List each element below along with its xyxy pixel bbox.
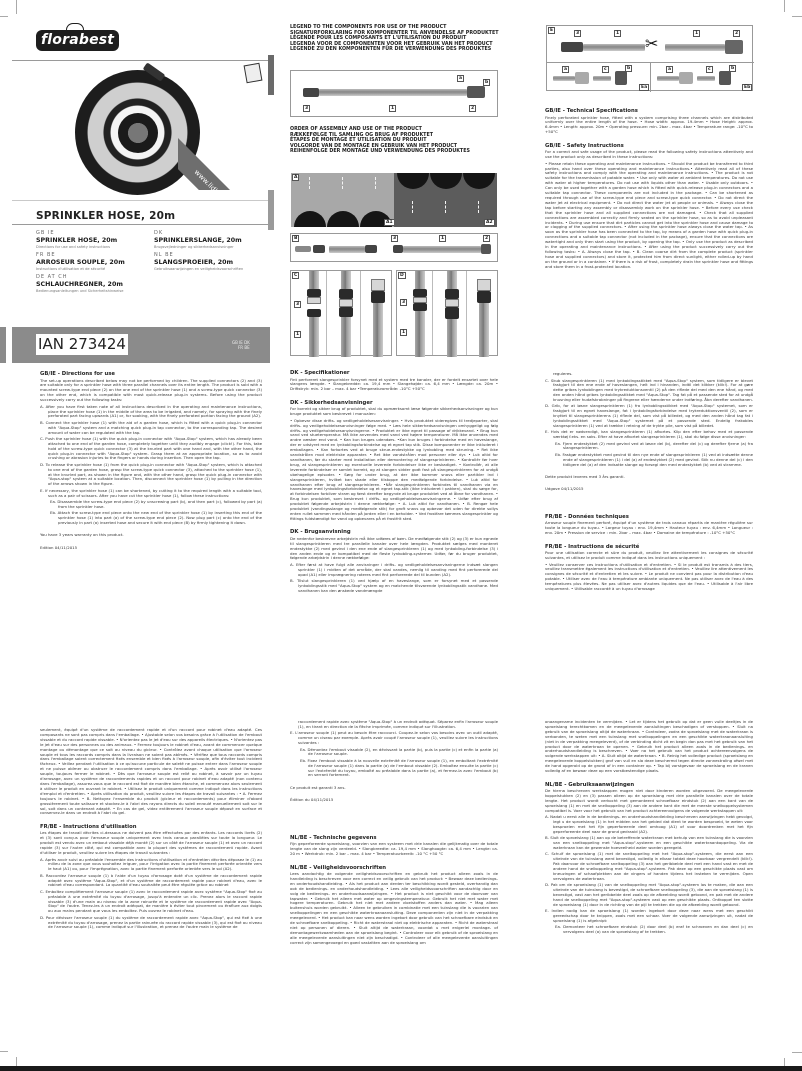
edition-date: Édition du 04/11/2015 [290, 798, 498, 803]
crop-mark [16, 0, 17, 14]
step-a: A. Après avoir suivi au préalable l'ense… [40, 858, 262, 873]
step-ea: Ea. Demonteer het schroefbare eindstuk (… [545, 925, 753, 935]
cover-divider-3 [12, 224, 270, 225]
step-b: B. Sluit de sproeislang (1) aan op de be… [545, 836, 753, 851]
step-e: E. If necessary, the sprinkler hose (1) … [40, 489, 262, 499]
language-entry-de: DE AT CH SCHLAUCHREGNER, 20m Bedienungsa… [36, 274, 154, 293]
label-e: E [548, 27, 555, 34]
hose-right [665, 44, 725, 51]
label-c: c [602, 66, 609, 73]
label-3: 3 [391, 235, 398, 242]
step-c: C. Push the sprinkler hose (1) with the … [40, 437, 262, 462]
section-heading: DK - Specifikationer [290, 370, 498, 377]
step-ea: Ea. Démontez l'embout vissable (2), en d… [290, 748, 498, 758]
label-a: a [457, 75, 464, 82]
label-1: 1 [614, 30, 621, 37]
gb-tech-safety-section: GB/IE - Technical Specifications Finely … [545, 108, 753, 271]
hose-left [583, 44, 645, 51]
flag-badges: NL BE [154, 252, 272, 258]
gb-directions-section: GB/IE - Directions for use The set-up op… [40, 371, 262, 552]
language-entry-fr: FR BE ARROSEUR SOUPLE, 20m Instructions … [36, 252, 154, 271]
sprinkler-hose-1 [403, 246, 481, 253]
warranty-note: Dette produkt leveres med 3 års garanti. [545, 475, 753, 480]
step-b: B. Tilslut slangesprinkleren (1) ved hjæ… [290, 579, 498, 594]
step-d: D. Grib, for at løsne slangesprinkleren … [545, 404, 753, 429]
label-b: b [483, 79, 490, 86]
label-c: C [292, 272, 299, 279]
step-b: B. Raccordez l'arroseur souple (1) à l'a… [40, 874, 262, 889]
label-1: 1 [400, 329, 407, 336]
quick-connector-3 [561, 42, 583, 52]
flag-badges: FR BE [36, 252, 154, 258]
end-piece-2 [481, 244, 491, 254]
warranty-note: Ce produit est garanti 3 ans. [290, 786, 498, 791]
label-ea: Ea [639, 84, 649, 91]
label-2: 2 [469, 105, 476, 112]
dk-section: DK - Specifikationer Fint perforeret sla… [290, 370, 498, 595]
legend-figure: 3 1 2 a b [290, 70, 498, 117]
label-d: D [398, 272, 406, 279]
label-2: 2 [733, 30, 740, 37]
label-1: 1 [693, 30, 700, 37]
product-title: SPRINKLER HOSE, 20m [36, 210, 175, 222]
order-headings: ORDER OF ASSEMBLY AND USE OF THE PRODUCT… [290, 127, 470, 155]
step-a: A. Efter først at have fulgt alle anvisn… [290, 563, 498, 578]
flag-badges: DE AT CH [36, 274, 154, 280]
manual-download-icon [244, 63, 263, 84]
label-2: 2 [483, 235, 490, 242]
step-e: E. L'arroseur souple (1) peut au besoin … [290, 731, 498, 746]
figure-a1-spraying: A A1 [291, 173, 394, 227]
scissors-icon: ✂ [645, 34, 658, 53]
step-d: D. Pour dévisser l'arroseur souple (1) d… [40, 916, 262, 931]
flag-badges: GB IE [36, 230, 154, 236]
label-3: 3 [400, 299, 407, 306]
aqua-stop-connector [365, 245, 377, 253]
crop-mark [0, 1051, 8, 1052]
language-entry-gb: GB IE SPRINKLER HOSE, 20m Directions for… [36, 230, 154, 249]
step-eb: Eb. Fixez l'embout vissable à la nouvell… [290, 759, 498, 779]
cover-divider-2 [12, 200, 270, 201]
language-entry-nl: NL BE SLANGSPROEIER, 20m Gebruiksaanwijz… [154, 252, 272, 271]
step-c: C. Emboîtez complètement l'arroseur soup… [40, 890, 262, 915]
section-heading: GB/IE - Technical Specifications [545, 108, 753, 115]
ian-flag-badges: GB IE DK FR BE [232, 340, 250, 350]
label-3: 3 [294, 301, 301, 308]
leaf-icon [66, 23, 84, 30]
edition-date: Udgave 04/11/2015 [545, 487, 753, 492]
page-bottom-edge [0, 1066, 802, 1071]
figure-b-connect: B 3 1 2 [290, 233, 498, 262]
language-entry-dk: DK SPRINKLERSLANGE, 20m Brugsvejledninge… [154, 230, 272, 249]
label-b: B [292, 235, 299, 242]
label-3: 3 [303, 105, 310, 112]
label-3: 3 [574, 30, 581, 37]
garden-hose [329, 246, 365, 253]
edition-date: Edition 04/11/2015 [40, 546, 262, 551]
fr-safety-continued: seulement, équipé d'un système de raccor… [40, 728, 262, 932]
website-link[interactable]: www.lidl-service.com [178, 108, 270, 190]
nl-section-continued: onaangename incidenten te vermijden. • L… [545, 720, 753, 936]
label-a: a [562, 66, 569, 73]
dk-usage-continued: reguleres. C. Skub slangesprinkleren (1)… [545, 372, 753, 594]
fr-usage-continued: raccordement rapide avec système "Aqua-S… [290, 720, 498, 947]
crop-mark [0, 16, 8, 17]
step-d: D. To release the sprinkler hose (1) fro… [40, 463, 262, 488]
section-heading: DK - Brugsanvisning [290, 529, 498, 536]
step-a: A. After you have first taken note of al… [40, 405, 262, 420]
tap-icon [295, 246, 311, 252]
step-c: C. Skub slangesprinkleren (1) med lynkob… [545, 379, 753, 404]
label-c: c [706, 66, 713, 73]
step-c: C. Schuif de sproeislang (1) met de snel… [545, 852, 753, 881]
page-side-tab-2 [268, 55, 274, 95]
step-d: D. Pak om de sproeislang (1) van de snel… [545, 883, 753, 908]
label-a2: A2 [484, 219, 495, 226]
brand-logo: florabest [36, 30, 119, 51]
sprinkler-hose-1 [319, 89, 467, 96]
step-a: A. Nadat u eerst alle in de bedienings- … [545, 815, 753, 835]
step-e: E. Indien nodig kan de sproeislang (1) w… [545, 909, 753, 924]
crop-mark [792, 1052, 802, 1053]
label-eb: Eb [742, 84, 752, 91]
tap-connector [313, 245, 325, 253]
step-ea: Ea. Fjern endestykket (2) med gevind ved… [545, 442, 753, 452]
end-piece-2 [467, 86, 485, 98]
ian-number: IAN 273424 [36, 334, 128, 355]
page-side-tab [0, 327, 6, 363]
label-a: A [292, 174, 299, 181]
label-b: b [625, 65, 632, 72]
figure-e-shorten: E ✂ 3 1 1 2 a c b Ea a c b Eb [546, 25, 753, 91]
figure-d-release: D 3 1 [396, 270, 498, 356]
label-1: 1 [294, 331, 301, 338]
label-a: a [666, 66, 673, 73]
page-side-tab-3 [268, 190, 274, 230]
crop-mark [792, 16, 802, 17]
figure-a2-soaking: A2 [394, 173, 497, 227]
step-eb: Eb. Attach the screw-type end piece onto… [40, 511, 262, 526]
label-1: 1 [439, 235, 446, 242]
end-piece-2 [725, 40, 743, 54]
step-b: B. Connect the sprinkler hose (1) with t… [40, 421, 262, 436]
quick-connector-3 [303, 88, 319, 97]
legend-headings: LEGEND TO THE COMPONENTS FOR USE OF THE … [290, 25, 499, 53]
step-e: E. Hvis det er nødvendigt, kan slangespr… [545, 430, 753, 440]
flag-badges: DK [154, 230, 272, 236]
step-ea: Ea. Disassemble the screw-type end piece… [40, 500, 262, 510]
section-heading: GB/IE - Directions for use [40, 371, 262, 378]
label-1: 1 [389, 105, 396, 112]
label-b: b [729, 65, 736, 72]
step-eb: Eb. Fastgør endestykket med gevind til d… [545, 453, 753, 468]
figure-c-attach: C 3 1 [290, 270, 392, 356]
crop-mark [784, 0, 785, 12]
quick-connector-3 [393, 245, 403, 253]
warranty-note: You have 3 years warranty on this produc… [40, 533, 262, 538]
